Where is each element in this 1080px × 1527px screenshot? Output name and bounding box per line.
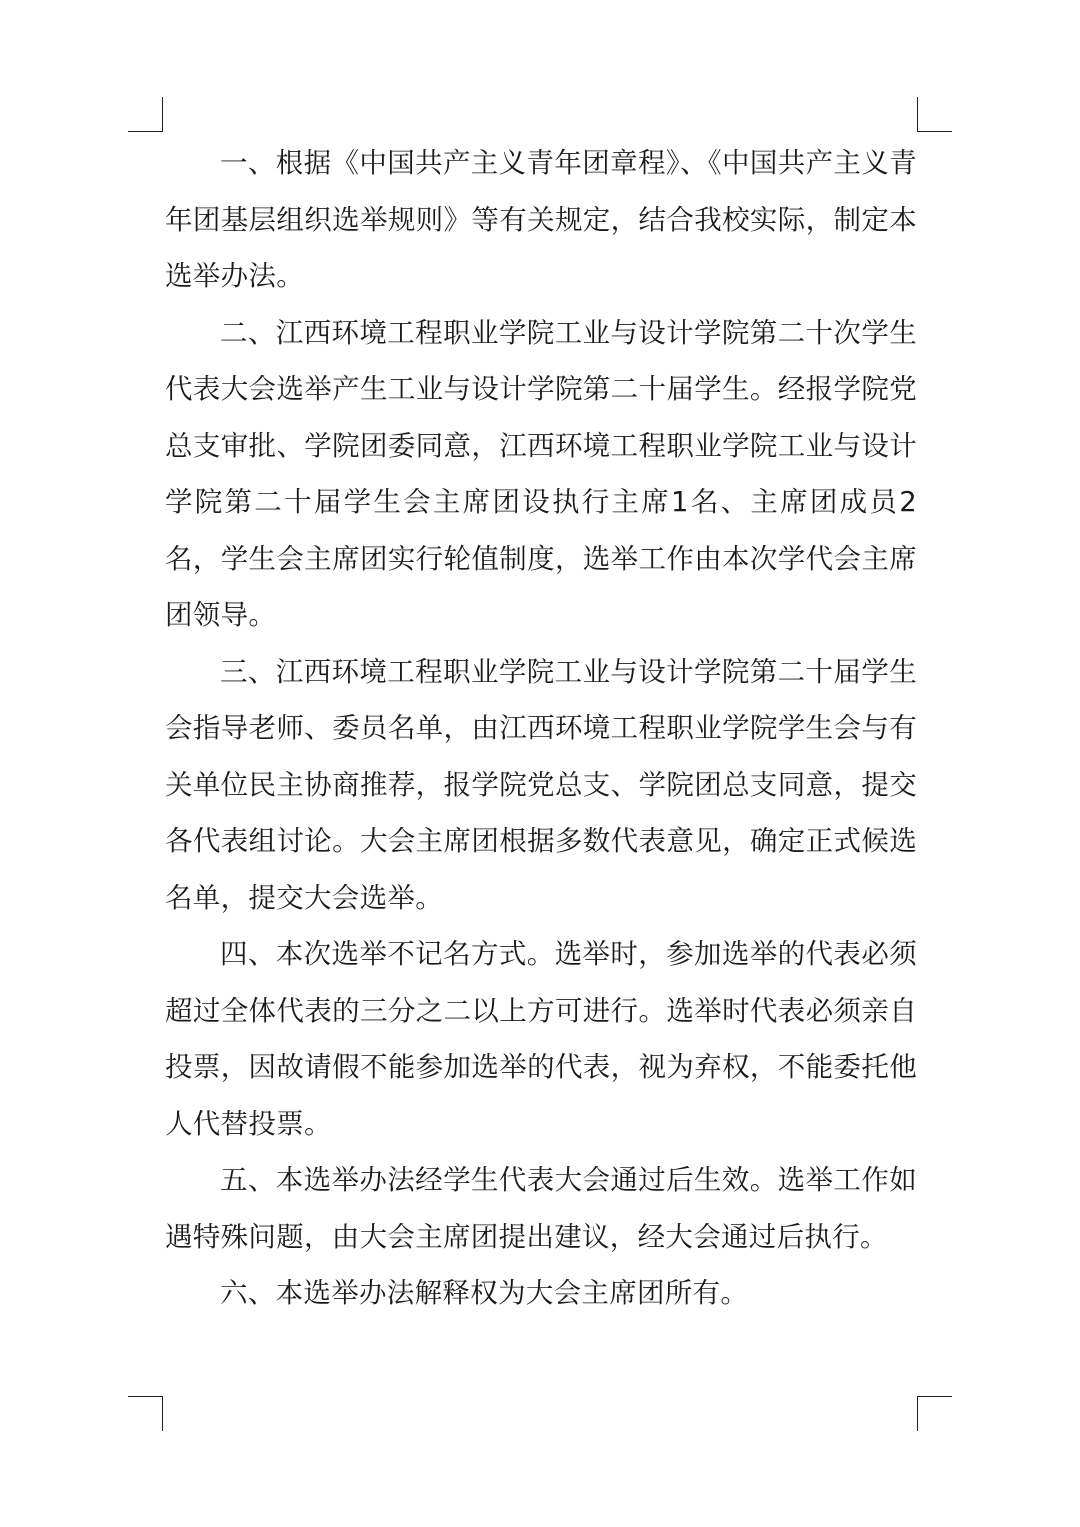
- article-5-paragraph: 五、本选举办法经学生代表大会通过后生效。选举工作如遇特殊问题，由大会主席团提出建…: [165, 1152, 917, 1265]
- crop-mark-top-left: [128, 97, 163, 132]
- crop-mark-top-right: [917, 97, 952, 132]
- crop-mark-bottom-left: [128, 1396, 163, 1431]
- article-1-paragraph: 一、根据《中国共产主义青年团章程》、《中国共产主义青年团基层组织选举规则》等有关…: [165, 135, 917, 305]
- document-body: 一、根据《中国共产主义青年团章程》、《中国共产主义青年团基层组织选举规则》等有关…: [165, 135, 917, 1322]
- article-6-paragraph: 六、本选举办法解释权为大会主席团所有。: [165, 1265, 917, 1322]
- article-3-paragraph: 三、江西环境工程职业学院工业与设计学院第二十届学生会指导老师、委员名单，由江西环…: [165, 644, 917, 927]
- crop-mark-bottom-right: [917, 1396, 952, 1431]
- article-2-paragraph: 二、江西环境工程职业学院工业与设计学院第二十次学生代表大会选举产生工业与设计学院…: [165, 305, 917, 644]
- article-4-paragraph: 四、本次选举不记名方式。选举时，参加选举的代表必须超过全体代表的三分之二以上方可…: [165, 926, 917, 1152]
